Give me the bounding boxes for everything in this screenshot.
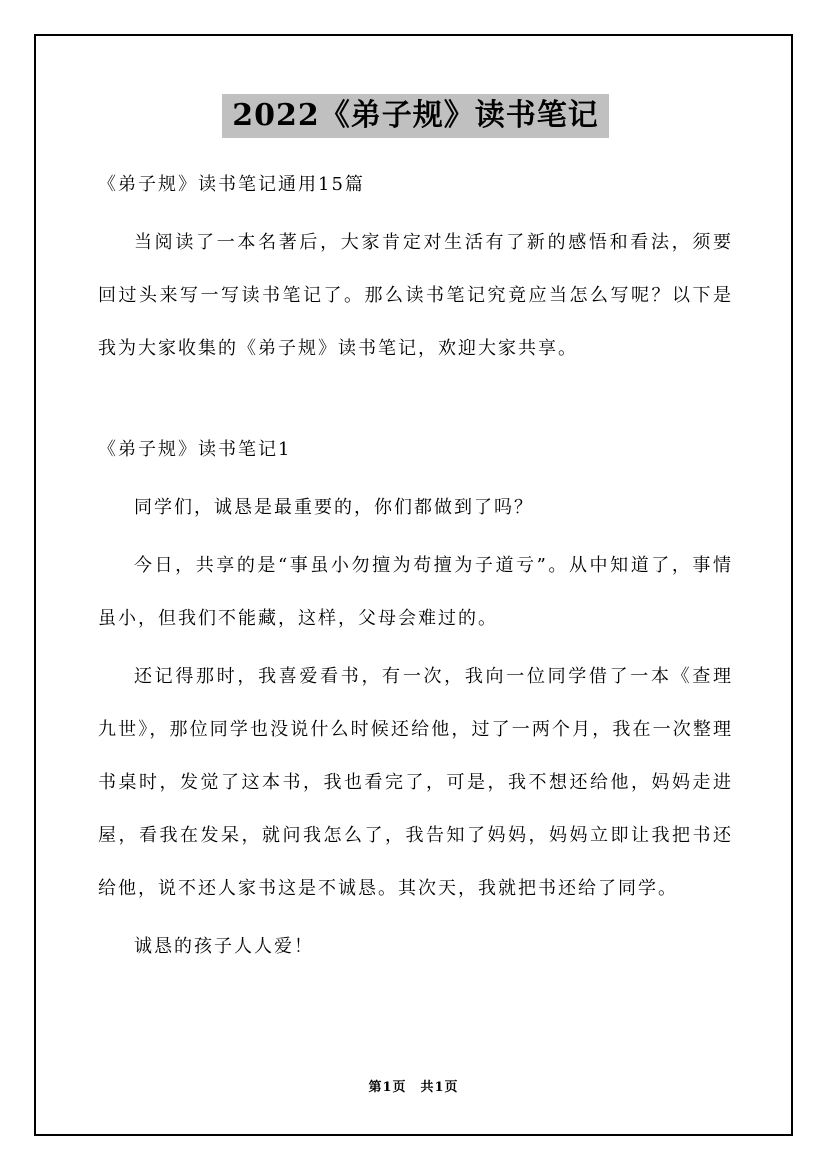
- footer-total-pages: 共1页: [421, 1080, 459, 1095]
- page-border-frame: 2022《弟子规》读书笔记 《弟子规》读书笔记通用15篇 当阅读了一本名著后，大…: [34, 34, 793, 1136]
- body-paragraph: 诚恳的孩子人人爱！: [98, 920, 733, 973]
- body-paragraph: 还记得那时，我喜爱看书，有一次，我向一位同学借了一本《查理九世》，那位同学也没说…: [98, 650, 733, 915]
- title-container: 2022《弟子规》读书笔记: [98, 94, 733, 138]
- body-paragraph: 今日，共享的是“事虽小勿擅为苟擅为子道亏”。从中知道了，事情虽小，但我们不能藏，…: [98, 539, 733, 645]
- document-page: 2022《弟子规》读书笔记 《弟子规》读书笔记通用15篇 当阅读了一本名著后，大…: [0, 0, 827, 1170]
- body-paragraph: 同学们，诚恳是最重要的，你们都做到了吗？: [98, 481, 733, 534]
- document-body: 《弟子规》读书笔记通用15篇 当阅读了一本名著后，大家肯定对生活有了新的感悟和看…: [98, 158, 733, 973]
- page-footer: 第1页共1页: [0, 1076, 827, 1095]
- section-heading: 《弟子规》读书笔记1: [98, 423, 733, 476]
- page-title: 2022《弟子规》读书笔记: [222, 94, 609, 138]
- document-subtitle: 《弟子规》读书笔记通用15篇: [98, 158, 733, 211]
- footer-page-number: 第1页: [368, 1080, 406, 1095]
- intro-paragraph: 当阅读了一本名著后，大家肯定对生活有了新的感悟和看法，须要回过头来写一写读书笔记…: [98, 216, 733, 375]
